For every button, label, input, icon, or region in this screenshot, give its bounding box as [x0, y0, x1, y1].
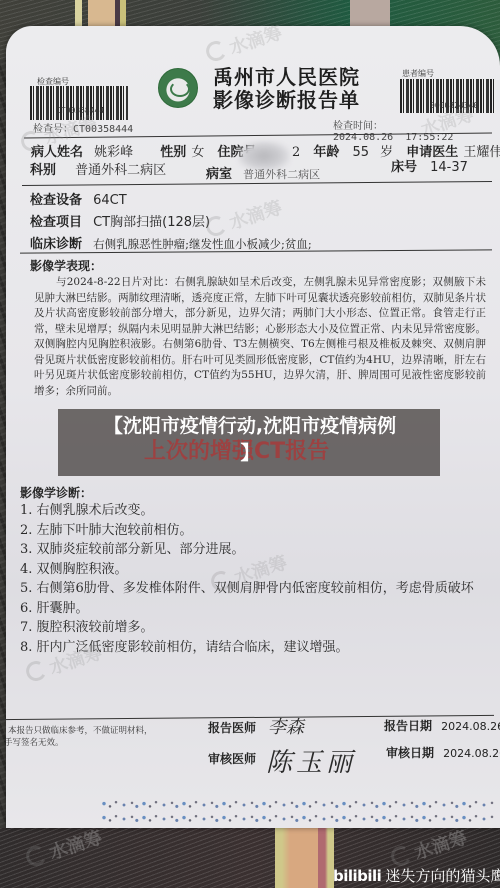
exam-time-label: 检查时间：	[333, 121, 383, 132]
report-doctor-label: 报告医师	[208, 719, 256, 736]
diagnosis-heading: 影像学诊断：	[20, 484, 92, 501]
diagnosis-item: 2. 左肺下叶肺大泡较前相仿。	[20, 521, 500, 541]
department-label: 科别	[30, 163, 56, 178]
disclaimer-line-1: 本报告只做临床参考，不做证明材料，	[4, 725, 153, 737]
report-header: 禹州市人民医院 影像诊断报告单	[213, 66, 360, 112]
gender-label: 性别	[160, 145, 186, 160]
exam-item-label: 检查项目	[30, 215, 82, 230]
bilibili-logo-icon: bilibili	[333, 867, 381, 885]
review-date-value: 2024.08.26	[443, 747, 500, 760]
overlay-title-line-1: 【沈阳市疫情行动,沈阳市疫情病例	[60, 413, 440, 440]
clinical-diagnosis-label: 临床诊断	[30, 237, 82, 252]
hospital-name: 禹州市人民医院	[213, 66, 360, 89]
ward-value: 普通外科二病区	[243, 168, 320, 181]
findings-heading: 影像学表现：	[30, 257, 102, 274]
device-label: 检查设备	[30, 193, 82, 208]
review-doctor-label: 审核医师	[208, 750, 256, 767]
review-date-field: 审核日期 2024.08.26	[386, 742, 500, 761]
disclaimer-line-2: 手写签名无效。	[4, 737, 153, 749]
bed-value: 14-37	[430, 160, 468, 175]
diagnosis-item: 6. 肝囊肿。	[20, 599, 500, 619]
patient-number-label: 患者编号	[402, 68, 434, 79]
uploader-name: 迷失方向的猫头鹰	[385, 867, 500, 885]
bilibili-credit: bilibili迷失方向的猫头鹰	[333, 865, 500, 886]
clinical-diagnosis-value: 右侧乳腺恶性肿瘤;继发性血小板减少;贫血;	[93, 237, 312, 251]
patient-name: 姚彩峰	[94, 145, 133, 160]
overlay-title-line-2: 】	[60, 440, 440, 467]
report-doctor-signature: 李森	[268, 713, 304, 739]
requesting-doctor: 王耀伟	[463, 145, 500, 160]
patient-row-2: 科别 普通外科二病区	[30, 159, 166, 178]
review-doctor-signature: 陈玉丽	[266, 742, 356, 779]
report-title: 影像诊断报告单	[213, 89, 360, 112]
bed-field: 床号 14-37	[391, 156, 468, 175]
device-value: 64CT	[93, 193, 127, 208]
ink-specks	[100, 798, 495, 826]
report-date-label: 报告日期	[384, 719, 432, 733]
ward-field: 病室 普通外科二病区	[206, 163, 320, 182]
diagnosis-item: 1. 右侧乳腺术后改变。	[20, 501, 500, 521]
hospital-logo-icon	[158, 68, 198, 108]
ward-label: 病室	[206, 167, 232, 182]
findings-text: 与2024-8-22日片对比：右侧乳腺缺如呈术后改变，左侧乳腺未见异常密度影；双…	[34, 275, 486, 399]
report-date-value: 2024.08.26	[441, 720, 500, 733]
department-value: 普通外科二病区	[75, 163, 166, 178]
report-date-field: 报告日期 2024.08.26	[384, 715, 500, 734]
review-date-label: 审核日期	[386, 746, 434, 760]
age-label: 年龄	[313, 145, 339, 160]
video-title-overlay: 【沈阳市疫情行动,沈阳市疫情病例 】	[60, 413, 440, 467]
gender-value: 女	[191, 145, 204, 160]
disclaimer: 本报告只做临床参考，不做证明材料， 手写签名无效。	[4, 725, 153, 749]
inpatient-number-suffix: 2	[292, 145, 300, 160]
diagnosis-item: 7. 腹腔积液较前增多。	[20, 618, 500, 638]
bed-label: 床号	[391, 160, 417, 175]
age-value: 55	[352, 145, 369, 160]
exam-item-value: CT胸部扫描(128层)	[93, 215, 210, 230]
